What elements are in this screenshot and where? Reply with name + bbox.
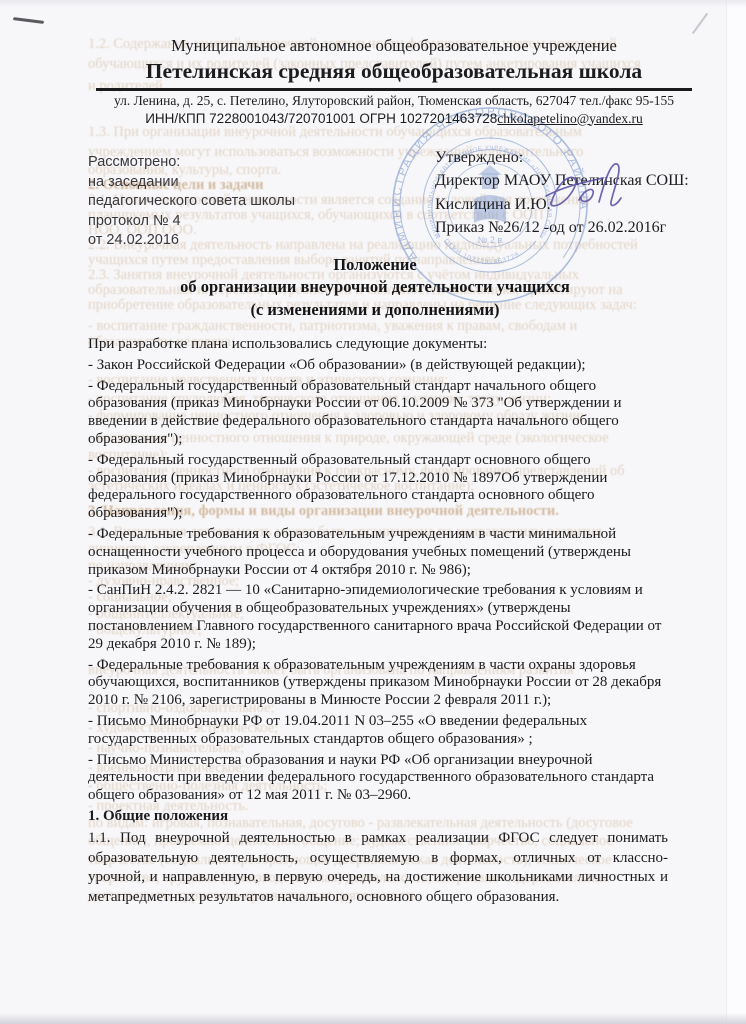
director-signature-icon [543, 156, 655, 220]
paragraph: - Письмо Минобрнауки РФ от 19.04.2011 N … [88, 713, 668, 749]
document-title: Положение об организации внеурочной деят… [60, 254, 690, 321]
paragraph: - Федеральный государственный образовате… [88, 452, 668, 523]
paragraph: - СанПиН 2.4.2. 2821 — 10 «Санитарно-эпи… [88, 582, 668, 653]
paragraph: - Федеральные требования к образовательн… [88, 526, 668, 579]
school-name: Петелинская средняя общеобразовательная … [90, 59, 698, 84]
reviewed-line: на заседании [88, 173, 295, 193]
paragraph: При разработке плана использовались след… [88, 336, 668, 354]
section-heading: 1. Общие положения [88, 808, 668, 826]
paragraph: - Закон Российской Федерации «Об образов… [88, 357, 668, 375]
inn-ogrn-text: ИНН/КПП 7228001043/720701001 ОГРН 102720… [145, 111, 497, 126]
title-line-1: Положение [60, 254, 690, 276]
paragraph: - Письмо Министерства образования и наук… [88, 752, 668, 805]
inn-ogrn-line: ИНН/КПП 7228001043/720701001 ОГРН 102720… [90, 111, 698, 127]
reviewed-line: протокол № 4 [88, 212, 295, 232]
paragraph: - Федеральный государственный образовате… [88, 378, 668, 449]
scan-edge-top [0, 0, 746, 7]
title-line-3: (с изменениями и дополнениями) [60, 299, 690, 321]
letterhead-divider [96, 88, 692, 91]
scan-edge-bottom [0, 1013, 746, 1024]
scan-edge-right [726, 0, 746, 1024]
letterhead: Муниципальное автономное общеобразовател… [90, 36, 698, 127]
email-text: chkolapetelino@yandex.ru [497, 111, 643, 126]
reviewed-line: от 24.02.2016 [88, 231, 295, 251]
reviewed-block: Рассмотрено:на заседаниипедагогического … [88, 153, 295, 251]
scanned-document-page: 1.2. Содержание занятий внеурочной деяте… [0, 0, 746, 1024]
paragraph: 1.1. Под внеурочной деятельностью в рамк… [88, 829, 668, 908]
reviewed-line: педагогического совета школы [88, 192, 295, 212]
address-line: ул. Ленина, д. 25, с. Петелино, Ялуторов… [90, 93, 698, 109]
reviewed-line: Рассмотрено: [88, 153, 295, 173]
org-type-line: Муниципальное автономное общеобразовател… [90, 36, 698, 56]
body-text: При разработке плана использовались след… [88, 336, 668, 911]
title-line-2: об организации внеурочной деятельности у… [60, 276, 690, 298]
paragraph: - Федеральные требования к образовательн… [88, 657, 668, 710]
